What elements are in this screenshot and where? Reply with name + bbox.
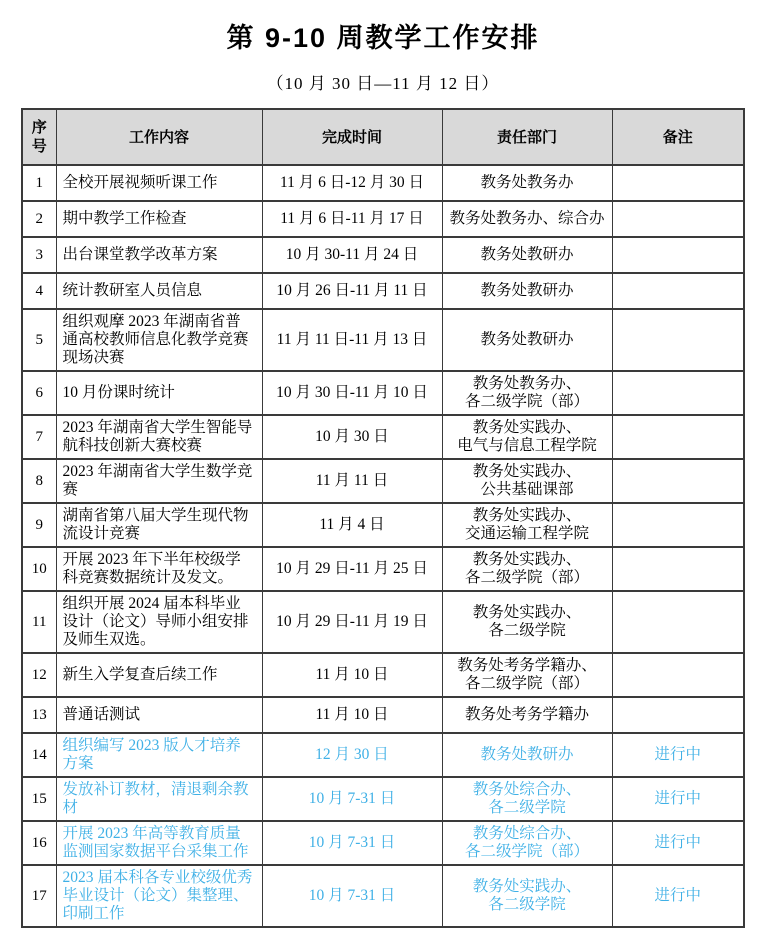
cell-time: 10 月 7-31 日 [262,777,442,821]
table-row: 12新生入学复查后续工作11 月 10 日教务处考务学籍办、 各二级学院（部） [22,653,744,697]
cell-no: 17 [22,865,56,927]
cell-content: 2023 届本科各专业校级优秀毕业设计（论文）集整理、印刷工作 [56,865,262,927]
cell-no: 3 [22,237,56,273]
table-header-row: 序号工作内容完成时间责任部门备注 [22,109,744,165]
table-row: 16开展 2023 年高等教育质量监测国家数据平台采集工作10 月 7-31 日… [22,821,744,865]
schedule-table: 序号工作内容完成时间责任部门备注 1全校开展视频听课工作11 月 6 日-12 … [21,108,745,928]
cell-no: 7 [22,415,56,459]
cell-time: 10 月 29 日-11 月 19 日 [262,591,442,653]
cell-note: 进行中 [612,821,744,865]
cell-note [612,653,744,697]
cell-no: 14 [22,733,56,777]
cell-time: 10 月 30-11 月 24 日 [262,237,442,273]
cell-no: 2 [22,201,56,237]
cell-dept: 教务处实践办、 交通运输工程学院 [442,503,612,547]
cell-no: 12 [22,653,56,697]
table-body: 1全校开展视频听课工作11 月 6 日-12 月 30 日教务处教务办2期中教学… [22,165,744,927]
cell-time: 11 月 11 日-11 月 13 日 [262,309,442,371]
cell-note [612,273,744,309]
cell-note [612,237,744,273]
column-header-no: 序号 [22,109,56,165]
table-row: 72023 年湖南省大学生智能导航科技创新大赛校赛10 月 30 日教务处实践办… [22,415,744,459]
cell-no: 6 [22,371,56,415]
cell-no: 5 [22,309,56,371]
cell-dept: 教务处教务办 [442,165,612,201]
cell-time: 11 月 10 日 [262,653,442,697]
cell-dept: 教务处实践办、 电气与信息工程学院 [442,415,612,459]
cell-note [612,591,744,653]
cell-content: 10 月份课时统计 [56,371,262,415]
cell-content: 开展 2023 年高等教育质量监测国家数据平台采集工作 [56,821,262,865]
table-row: 1全校开展视频听课工作11 月 6 日-12 月 30 日教务处教务办 [22,165,744,201]
cell-note [612,371,744,415]
cell-no: 15 [22,777,56,821]
cell-dept: 教务处考务学籍办 [442,697,612,733]
cell-dept: 教务处实践办、 各二级学院（部） [442,547,612,591]
table-row: 2期中教学工作检查11 月 6 日-11 月 17 日教务处教务办、综合办 [22,201,744,237]
column-header-note: 备注 [612,109,744,165]
document-page: 第 9-10 周教学工作安排 （10 月 30 日—11 月 12 日） 序号工… [0,0,766,928]
cell-no: 8 [22,459,56,503]
cell-note [612,697,744,733]
cell-content: 全校开展视频听课工作 [56,165,262,201]
table-row: 9湖南省第八届大学生现代物流设计竞赛11 月 4 日教务处实践办、 交通运输工程… [22,503,744,547]
cell-time: 11 月 11 日 [262,459,442,503]
cell-content: 期中教学工作检查 [56,201,262,237]
cell-note [612,415,744,459]
table-row: 11组织开展 2024 届本科毕业设计（论文）导师小组安排及师生双选。10 月 … [22,591,744,653]
cell-time: 10 月 26 日-11 月 11 日 [262,273,442,309]
column-header-time: 完成时间 [262,109,442,165]
cell-time: 10 月 7-31 日 [262,865,442,927]
cell-content: 2023 年湖南省大学生智能导航科技创新大赛校赛 [56,415,262,459]
cell-no: 10 [22,547,56,591]
cell-time: 11 月 6 日-11 月 17 日 [262,201,442,237]
cell-time: 10 月 7-31 日 [262,821,442,865]
table-row: 172023 届本科各专业校级优秀毕业设计（论文）集整理、印刷工作10 月 7-… [22,865,744,927]
cell-content: 统计教研室人员信息 [56,273,262,309]
cell-no: 4 [22,273,56,309]
cell-note [612,459,744,503]
cell-time: 11 月 4 日 [262,503,442,547]
cell-no: 13 [22,697,56,733]
cell-dept: 教务处教研办 [442,733,612,777]
cell-no: 11 [22,591,56,653]
cell-dept: 教务处实践办、 公共基础课部 [442,459,612,503]
cell-content: 湖南省第八届大学生现代物流设计竞赛 [56,503,262,547]
cell-dept: 教务处考务学籍办、 各二级学院（部） [442,653,612,697]
cell-dept: 教务处实践办、 各二级学院 [442,865,612,927]
cell-note: 进行中 [612,777,744,821]
cell-note: 进行中 [612,865,744,927]
column-header-dept: 责任部门 [442,109,612,165]
cell-dept: 教务处教研办 [442,309,612,371]
table-row: 82023 年湖南省大学生数学竞赛11 月 11 日教务处实践办、 公共基础课部 [22,459,744,503]
cell-dept: 教务处教研办 [442,273,612,309]
cell-content: 组织开展 2024 届本科毕业设计（论文）导师小组安排及师生双选。 [56,591,262,653]
table-row: 10开展 2023 年下半年校级学科竞赛数据统计及发文。10 月 29 日-11… [22,547,744,591]
table-row: 13普通话测试11 月 10 日教务处考务学籍办 [22,697,744,733]
cell-note [612,309,744,371]
table-row: 4统计教研室人员信息10 月 26 日-11 月 11 日教务处教研办 [22,273,744,309]
cell-note: 进行中 [612,733,744,777]
cell-note [612,165,744,201]
table-row: 5组织观摩 2023 年湖南省普通高校教师信息化教学竞赛现场决赛11 月 11 … [22,309,744,371]
table-row: 14组织编写 2023 版人才培养方案12 月 30 日教务处教研办进行中 [22,733,744,777]
cell-content: 开展 2023 年下半年校级学科竞赛数据统计及发文。 [56,547,262,591]
table-row: 3出台课堂教学改革方案10 月 30-11 月 24 日教务处教研办 [22,237,744,273]
cell-time: 10 月 29 日-11 月 25 日 [262,547,442,591]
cell-dept: 教务处教务办、 各二级学院（部） [442,371,612,415]
page-title: 第 9-10 周教学工作安排 [0,16,766,55]
cell-dept: 教务处综合办、 各二级学院 [442,777,612,821]
page-subtitle: （10 月 30 日—11 月 12 日） [0,69,766,94]
cell-content: 出台课堂教学改革方案 [56,237,262,273]
cell-no: 1 [22,165,56,201]
cell-content: 组织编写 2023 版人才培养方案 [56,733,262,777]
cell-no: 9 [22,503,56,547]
cell-time: 12 月 30 日 [262,733,442,777]
cell-dept: 教务处实践办、 各二级学院 [442,591,612,653]
column-header-content: 工作内容 [56,109,262,165]
cell-time: 11 月 10 日 [262,697,442,733]
cell-time: 10 月 30 日-11 月 10 日 [262,371,442,415]
cell-content: 发放补订教材，清退剩余教材 [56,777,262,821]
cell-no: 16 [22,821,56,865]
cell-content: 普通话测试 [56,697,262,733]
table-row: 610 月份课时统计10 月 30 日-11 月 10 日教务处教务办、 各二级… [22,371,744,415]
cell-note [612,503,744,547]
table-row: 15发放补订教材，清退剩余教材10 月 7-31 日教务处综合办、 各二级学院进… [22,777,744,821]
cell-time: 10 月 30 日 [262,415,442,459]
cell-dept: 教务处教研办 [442,237,612,273]
cell-note [612,201,744,237]
cell-content: 2023 年湖南省大学生数学竞赛 [56,459,262,503]
cell-note [612,547,744,591]
cell-dept: 教务处综合办、 各二级学院（部） [442,821,612,865]
cell-content: 组织观摩 2023 年湖南省普通高校教师信息化教学竞赛现场决赛 [56,309,262,371]
cell-time: 11 月 6 日-12 月 30 日 [262,165,442,201]
cell-content: 新生入学复查后续工作 [56,653,262,697]
cell-dept: 教务处教务办、综合办 [442,201,612,237]
